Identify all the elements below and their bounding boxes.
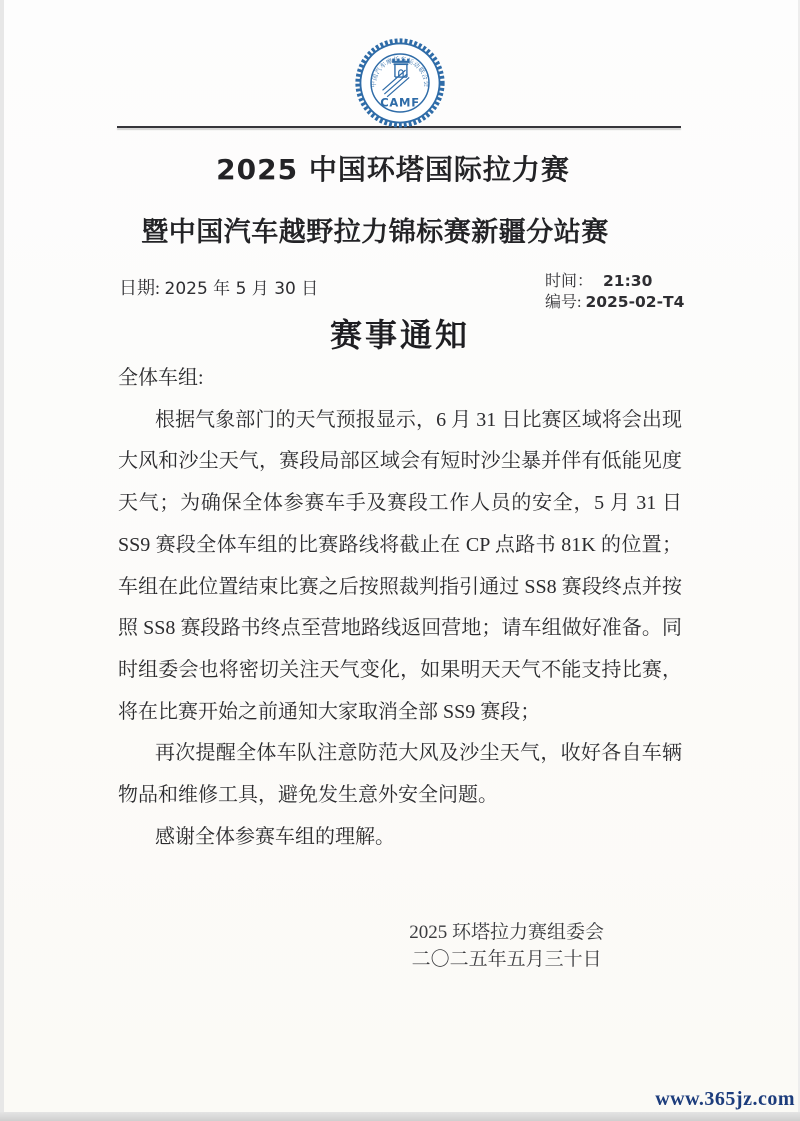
time-value: 21:30 [603, 272, 652, 290]
signature-block: 2025 环塔拉力赛组委会 二〇二五年五月三十日 [118, 920, 682, 973]
event-title-line1: 2025 中国环塔国际拉力赛 [0, 148, 786, 188]
event-title-line2: 暨中国汽车越野拉力锦标赛新疆分站赛 [0, 210, 750, 249]
signature-date: 二〇二五年五月三十日 [409, 947, 604, 974]
scanned-notice-page: 中国汽车摩托车运动联合会 CAMF 2025 中国环塔国际拉力赛 暨中国汽车越野… [0, 0, 800, 1121]
salutation: 全体车组: [118, 358, 682, 400]
meta-time: 时间： 21:30 [545, 271, 684, 292]
paragraph-reminder: 再次提醒全体车队注意防范大风及沙尘天气，收好各自车辆物品和维修工具，避免发生意外… [118, 733, 682, 816]
site-watermark: www.365jz.com [655, 1088, 795, 1111]
paragraph-thanks: 感谢全体参赛车组的理解。 [118, 817, 682, 859]
number-value: 2025-02-T4 [585, 293, 684, 311]
signature-organization: 2025 环塔拉力赛组委会 [409, 920, 604, 947]
notice-body: 全体车组: 根据气象部门的天气预报显示，6 月 31 日比赛区域将会出现大风和沙… [118, 358, 682, 858]
camf-logo: 中国汽车摩托车运动联合会 CAMF [354, 37, 446, 129]
number-label: 编号: [545, 294, 581, 311]
scan-edge-bottom [0, 1112, 800, 1121]
logo-acronym: CAMF [380, 95, 420, 109]
notice-heading: 赛事通知 [0, 310, 800, 356]
meta-right-block: 时间： 21:30 编号: 2025-02-T4 [545, 271, 684, 313]
date-value: 2025 年 5 月 30 日 [165, 279, 319, 299]
date-label: 日期: [119, 278, 160, 298]
signature-inner: 2025 环塔拉力赛组委会 二〇二五年五月三十日 [409, 920, 604, 973]
paragraph-weather-route: 根据气象部门的天气预报显示，6 月 31 日比赛区域将会出现大风和沙尘天气，赛段… [118, 400, 682, 734]
meta-date: 日期: 2025 年 5 月 30 日 [119, 274, 318, 300]
time-label: 时间： [545, 273, 593, 290]
camf-logo-icon: 中国汽车摩托车运动联合会 CAMF [354, 37, 446, 129]
